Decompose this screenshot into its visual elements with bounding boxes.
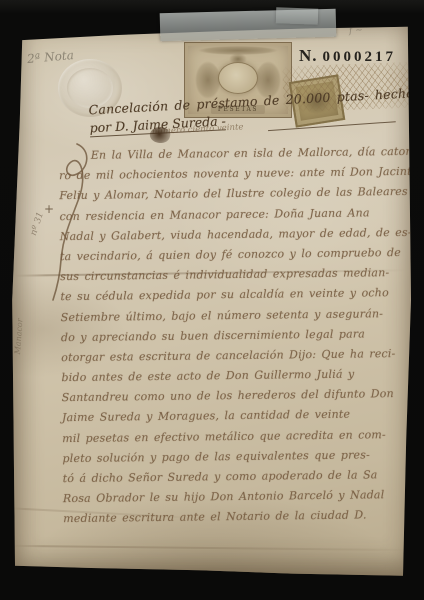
stamp-center-medallion <box>218 62 258 94</box>
body-line: mediante escritura ante el Notario de la… <box>63 505 411 529</box>
pencil-note-top-right: f ~ <box>349 26 363 37</box>
cancellation-annotation: Cancelación de préstamo de 20.000 ptas- … <box>88 86 409 138</box>
manuscript-page: 2ª Nota Esta Cancelación f ~ + nº 31 Man… <box>11 24 411 578</box>
body-line: otorgar esta escritura de cancelación Di… <box>61 344 409 368</box>
tape-strip <box>276 7 319 24</box>
margin-folio-note: nº 31 <box>29 211 46 237</box>
manuscript-body: En la Villa de Manacor en isla de Mallor… <box>59 142 412 530</box>
stamp-allegory-left <box>195 61 221 99</box>
serial-prefix: N. <box>299 46 318 65</box>
margin-side-note: Manacor <box>13 318 24 355</box>
paper-crease <box>11 545 411 551</box>
pencil-note-top-left: 2ª Nota <box>26 48 74 66</box>
document-photo: 2ª Nota Esta Cancelación f ~ + nº 31 Man… <box>0 0 424 600</box>
annotation-underline <box>268 121 396 131</box>
